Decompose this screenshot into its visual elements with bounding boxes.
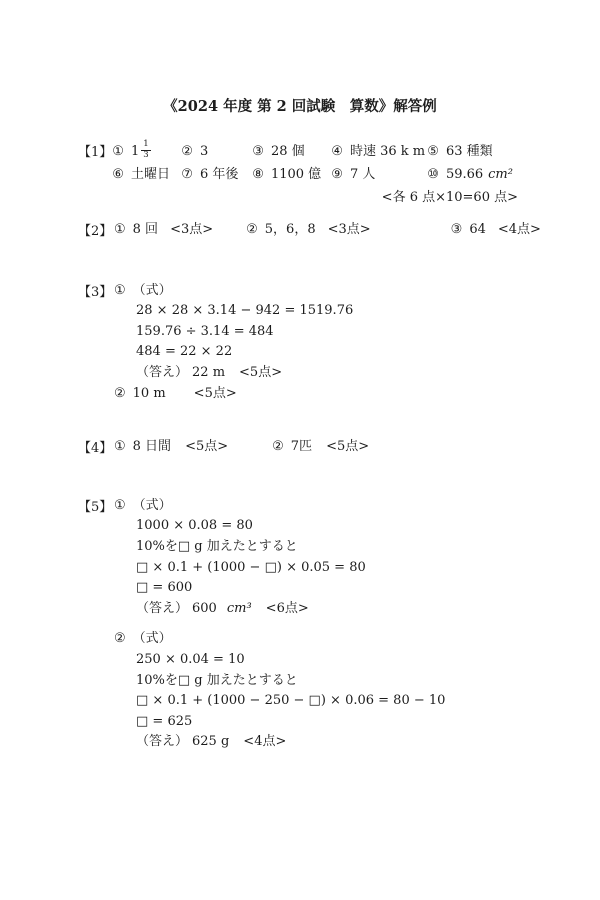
circled-number: ⑤ <box>427 144 439 159</box>
q2-label: 【2】 <box>78 220 114 239</box>
q1-answer-10: ⑩59.66cm² <box>427 164 522 185</box>
q5-part1: ①（式） 1000 × 0.08 = 80 10%を□ g 加えたとすると □ … <box>114 496 522 620</box>
q5-body: ①（式） 1000 × 0.08 = 80 10%を□ g 加えたとすると □ … <box>114 496 522 753</box>
answer-unit: cm² <box>488 167 513 182</box>
shiki-label: （式） <box>133 283 172 298</box>
score-badge: <5点> <box>194 386 237 401</box>
answer-text: 10 m <box>133 386 166 401</box>
answer-label: （答え） <box>136 365 188 380</box>
circled-number: ② <box>181 144 193 159</box>
q3-part1-head: ①（式） <box>114 281 522 302</box>
equation-line: □ = 600 <box>136 578 522 599</box>
q5-part1-answer: （答え）600cm³<6点> <box>136 599 522 620</box>
section-q5: 【5】 ①（式） 1000 × 0.08 = 80 10%を□ g 加えたとする… <box>78 496 522 753</box>
answer-text: 土曜日 <box>131 167 170 182</box>
q4-body: ①8 日間<5点> ②7匹<5点> <box>114 437 522 458</box>
answer-text: 5，6，8 <box>265 222 316 237</box>
answer-text: 8 回 <box>133 222 158 237</box>
q3-part1-answer: （答え）22 m<5点> <box>136 363 522 384</box>
score-badge: <3点> <box>170 222 213 237</box>
equation-line: 10%を□ g 加えたとすると <box>136 671 522 692</box>
shiki-label: （式） <box>133 631 172 646</box>
q4-answer-1: ①8 日間<5点> <box>114 437 228 458</box>
q5-part2: ②（式） 250 × 0.04 = 10 10%を□ g 加えたとすると □ ×… <box>114 629 522 753</box>
q1-score-note: <各 6 点×10=60 点> <box>112 188 522 207</box>
equation-line: □ × 0.1 + (1000 − 250 − □) × 0.06 = 80 −… <box>136 691 522 712</box>
equation-line: 1000 × 0.08 = 80 <box>136 516 522 537</box>
fraction-whole: 1 <box>131 141 139 162</box>
fraction: 13 <box>141 140 150 161</box>
equation-line: 484 = 22 × 22 <box>136 342 522 363</box>
q3-label: 【3】 <box>78 281 114 300</box>
answer-text: 28 個 <box>271 144 305 159</box>
answer-text: 64 <box>469 222 486 237</box>
circled-number: ⑦ <box>181 167 193 182</box>
circled-number: ② <box>114 386 126 401</box>
section-q1: 【1】 ①113 ②3 ③28 個 ④時速 36 k m ⑤63 種類 ⑥土曜日… <box>78 141 522 207</box>
q5-part1-equations: 1000 × 0.08 = 80 10%を□ g 加えたとすると □ × 0.1… <box>136 516 522 619</box>
answer-sheet-page: 《2024 年度 第 2 回試験 算数》解答例 【1】 ①113 ②3 ③28 … <box>0 0 600 900</box>
q3-equations: 28 × 28 × 3.14 − 942 = 1519.76 159.76 ÷ … <box>136 301 522 383</box>
q1-answer-4: ④時速 36 k m <box>331 141 427 162</box>
section-q4: 【4】 ①8 日間<5点> ②7匹<5点> <box>78 437 522 458</box>
q2-answer-3: ③64<4点> <box>451 220 541 241</box>
answer-value: 22 m <box>192 365 225 380</box>
circled-number: ② <box>272 439 284 454</box>
answer-text: 7匹 <box>291 439 312 454</box>
q1-answer-5: ⑤63 種類 <box>427 141 522 162</box>
q1-answers-row1: ①113 ②3 ③28 個 ④時速 36 k m ⑤63 種類 ⑥土曜日 ⑦6 … <box>112 141 522 185</box>
fraction-denominator: 3 <box>141 151 150 161</box>
answer-value: 600 <box>192 601 217 616</box>
equation-line: 10%を□ g 加えたとすると <box>136 537 522 558</box>
q1-answer-7: ⑦6 年後 <box>181 164 252 185</box>
q1-answer-6: ⑥土曜日 <box>112 164 181 185</box>
answer-text: 7 人 <box>350 167 375 182</box>
score-badge: <4点> <box>243 734 286 749</box>
page-title: 《2024 年度 第 2 回試験 算数》解答例 <box>78 97 522 117</box>
q1-answer-8: ⑧1100 億 <box>252 164 331 185</box>
q1-answer-9: ⑨7 人 <box>331 164 427 185</box>
answer-text: 6 年後 <box>200 167 238 182</box>
q5-part2-answer: （答え）625 g<4点> <box>136 732 522 753</box>
answer-label: （答え） <box>136 601 188 616</box>
answer-text: 63 種類 <box>446 144 493 159</box>
circled-number: ① <box>114 283 126 298</box>
circled-number: ① <box>114 498 126 513</box>
equation-line: 159.76 ÷ 3.14 = 484 <box>136 322 522 343</box>
q3-part2: ②10 m<5点> <box>114 384 522 405</box>
score-badge: <6点> <box>266 601 309 616</box>
equation-line: 28 × 28 × 3.14 − 942 = 1519.76 <box>136 301 522 322</box>
q2-answer-2: ②5，6，8<3点> <box>246 220 371 241</box>
circled-number: ③ <box>451 222 463 237</box>
circled-number: ① <box>114 222 126 237</box>
answer-text: 8 日間 <box>133 439 171 454</box>
q2-answer-1: ①8 回<3点> <box>114 220 213 241</box>
score-badge: <5点> <box>326 439 369 454</box>
circled-number: ① <box>114 439 126 454</box>
q5-part1-head: ①（式） <box>114 496 522 517</box>
section-q3: 【3】 ①（式） 28 × 28 × 3.14 − 942 = 1519.76 … <box>78 281 522 405</box>
q4-label: 【4】 <box>78 437 114 456</box>
q1-answer-2: ②3 <box>181 141 252 162</box>
circled-number: ② <box>246 222 258 237</box>
answer-text: 1100 億 <box>271 167 321 182</box>
score-badge: <4点> <box>498 222 541 237</box>
answer-text: 3 <box>200 144 208 159</box>
score-badge: <5点> <box>239 365 282 380</box>
score-badge: <3点> <box>328 222 371 237</box>
answer-unit: cm³ <box>227 601 252 616</box>
q1-label: 【1】 <box>78 141 112 160</box>
answer-text: 59.66 <box>446 167 483 182</box>
circled-number: ① <box>112 144 124 159</box>
q1-answer-1: ①113 <box>112 141 181 162</box>
circled-number: ⑧ <box>252 167 264 182</box>
circled-number: ② <box>114 631 126 646</box>
circled-number: ③ <box>252 144 264 159</box>
shiki-label: （式） <box>133 498 172 513</box>
q1-answer-3: ③28 個 <box>252 141 331 162</box>
answer-value: 625 g <box>192 734 229 749</box>
section-q2: 【2】 ①8 回<3点> ②5，6，8<3点> ③64<4点> <box>78 220 522 241</box>
score-badge: <5点> <box>185 439 228 454</box>
q1-body: ①113 ②3 ③28 個 ④時速 36 k m ⑤63 種類 ⑥土曜日 ⑦6 … <box>112 141 522 207</box>
q3-body: ①（式） 28 × 28 × 3.14 − 942 = 1519.76 159.… <box>114 281 522 405</box>
q2-body: ①8 回<3点> ②5，6，8<3点> ③64<4点> <box>114 220 522 241</box>
q5-part2-head: ②（式） <box>114 629 522 650</box>
answer-label: （答え） <box>136 734 188 749</box>
circled-number: ⑨ <box>331 167 343 182</box>
circled-number: ④ <box>331 144 343 159</box>
q5-part2-equations: 250 × 0.04 = 10 10%を□ g 加えたとすると □ × 0.1 … <box>136 650 522 753</box>
equation-line: 250 × 0.04 = 10 <box>136 650 522 671</box>
mixed-fraction: 113 <box>131 141 151 162</box>
equation-line: □ × 0.1 + (1000 − □) × 0.05 = 80 <box>136 558 522 579</box>
q4-answer-2: ②7匹<5点> <box>272 437 369 458</box>
q5-label: 【5】 <box>78 496 114 515</box>
circled-number: ⑥ <box>112 167 124 182</box>
answer-text: 時速 36 k m <box>350 144 425 159</box>
equation-line: □ = 625 <box>136 712 522 733</box>
circled-number: ⑩ <box>427 167 439 182</box>
